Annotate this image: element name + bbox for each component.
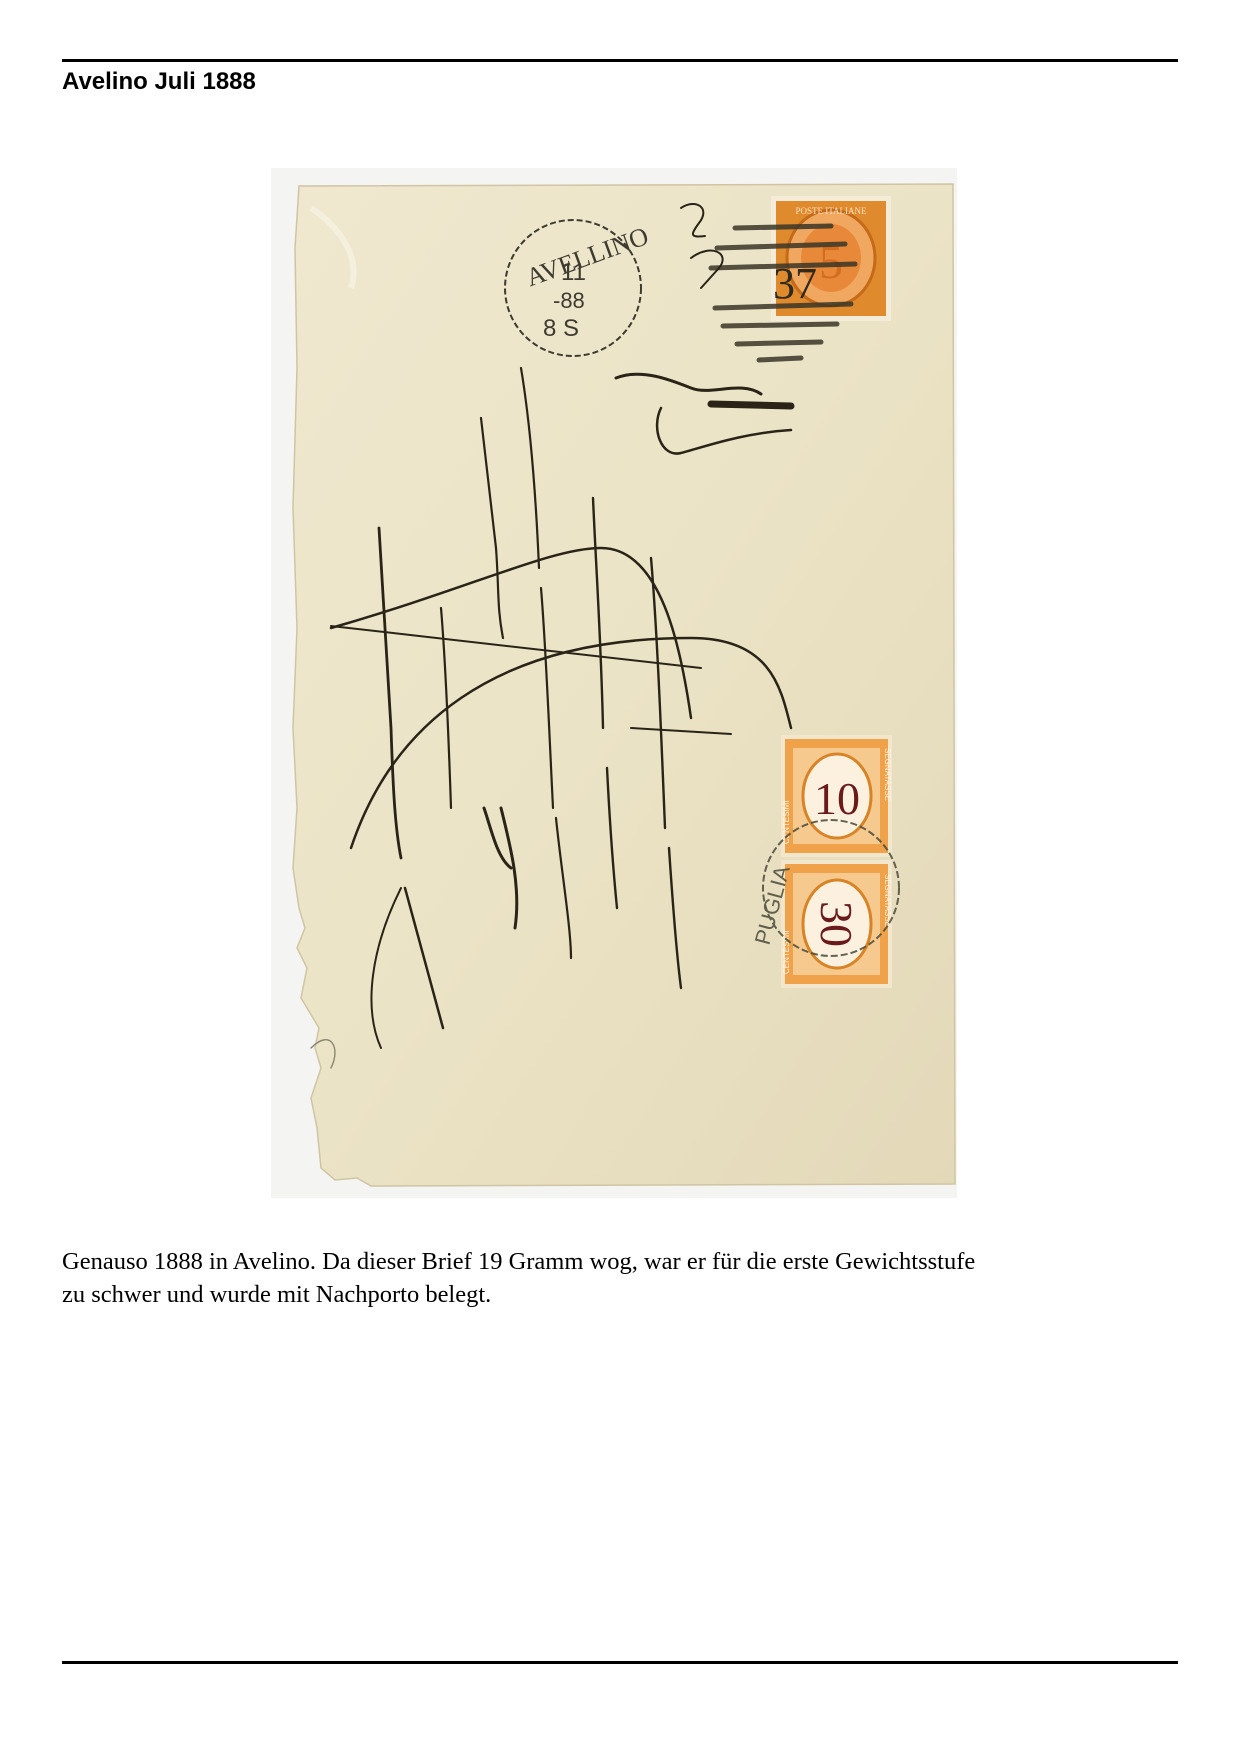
caption-line-2: zu schwer und wurde mit Nachporto belegt… <box>62 1278 1182 1311</box>
svg-text:POSTE ITALIANE: POSTE ITALIANE <box>795 206 867 216</box>
page-title: Avelino Juli 1888 <box>62 68 256 96</box>
svg-text:SEGNATASSE: SEGNATASSE <box>883 748 892 801</box>
footer-rule <box>62 1661 1178 1664</box>
postage-due-stamp-10: 10 SEGNATASSE CENTESIMI <box>781 735 892 857</box>
svg-text:8 S: 8 S <box>543 315 579 342</box>
svg-text:30: 30 <box>811 901 862 947</box>
svg-text:CENTESIMI: CENTESIMI <box>782 930 791 974</box>
svg-text:10: 10 <box>814 773 860 824</box>
svg-text:11: 11 <box>561 259 586 286</box>
cancel-number: 37 <box>773 259 817 308</box>
envelope-photo: AVELLINO 11 -88 8 S 5 POSTE ITALIANE 37 <box>271 168 957 1198</box>
header-rule <box>62 59 1178 62</box>
caption: Genauso 1888 in Avelino. Da dieser Brief… <box>62 1245 1182 1311</box>
svg-text:-88: -88 <box>553 288 585 313</box>
caption-line-1: Genauso 1888 in Avelino. Da dieser Brief… <box>62 1245 1182 1278</box>
postage-due-stamp-30: 30 SEGNATASSE CENTESIMI <box>781 860 892 988</box>
